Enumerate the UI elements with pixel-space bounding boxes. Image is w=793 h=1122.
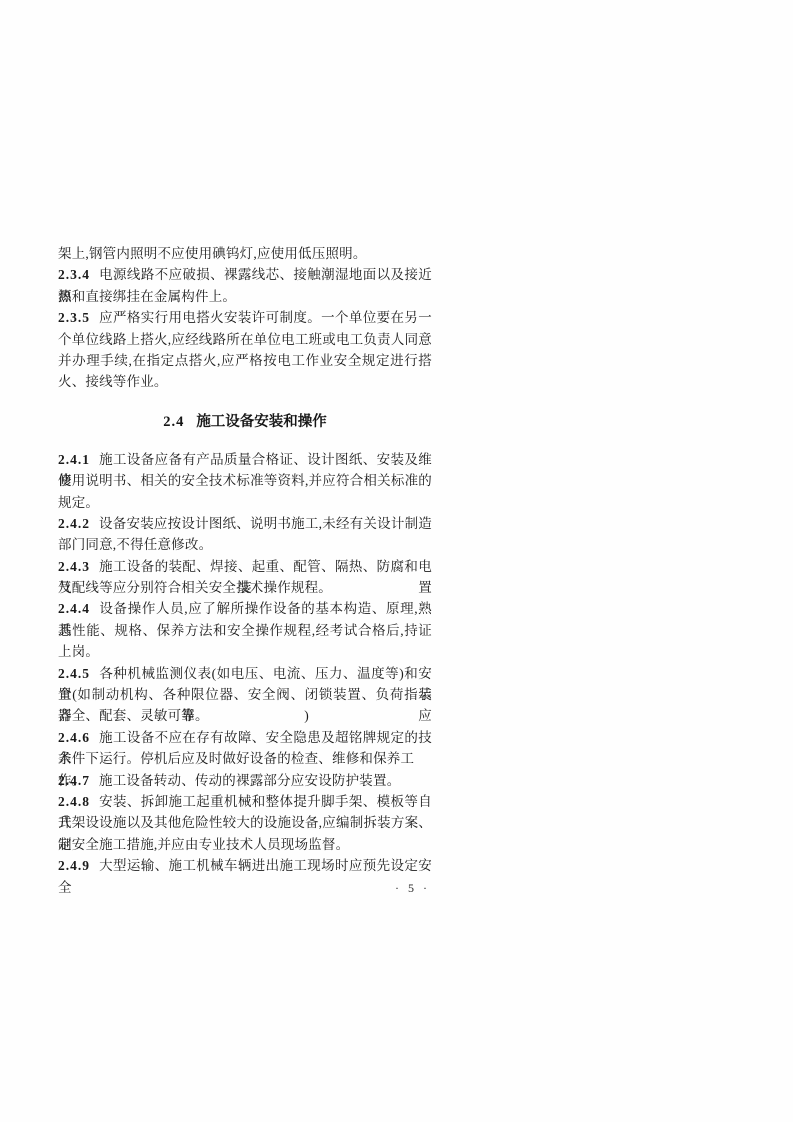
- line-text: 其性能、规格、保养方法和安全操作规程,经考试合格后,持证: [58, 623, 432, 638]
- clause-number: 2.4.4: [58, 601, 90, 616]
- clause-number: 2.4.8: [58, 794, 90, 809]
- text-line: 2.4.9大型运输、施工机械车辆进出施工现场时应预先设定安全: [58, 855, 432, 876]
- text-line: 部门同意,不得任意修改。: [58, 534, 432, 555]
- text-line: 火、接线等作业。: [58, 371, 432, 392]
- section-heading: 2.4施工设备安装和操作: [58, 411, 432, 433]
- text-line: 使用说明书、相关的安全技术标准等资料,并应符合相关标准的: [58, 470, 432, 491]
- text-line: 2.4.3施工设备的装配、焊接、起重、配管、隔热、防腐和电气装置: [58, 556, 432, 577]
- text-line: 2.4.7施工设备转动、传动的裸露部分应安设防护装置。: [58, 770, 432, 791]
- text-line: 2.3.4电源线路不应破损、裸露线芯、接触潮湿地面以及接近热: [58, 264, 432, 285]
- text-line: 规定。: [58, 492, 432, 513]
- text-line: 条件下运行。停机后应及时做好设备的检查、维修和保养工作。: [58, 748, 432, 769]
- clause-number: 2.4.3: [58, 559, 90, 574]
- clause-number: 2.3.5: [58, 310, 90, 325]
- line-text: 架上,钢管内照明不应使用碘钨灯,应使用低压照明。: [58, 246, 367, 261]
- text-line: 2.4.1施工设备应备有产品质量合格证、设计图纸、安装及维修: [58, 449, 432, 470]
- page-number: · 5 ·: [58, 881, 432, 896]
- section-number: 2.4: [163, 414, 184, 430]
- line-text: 应严格实行用电搭火安装许可制度。一个单位要在另一: [99, 310, 432, 325]
- text-line: 源和直接绑挂在金属构件上。: [58, 286, 432, 307]
- line-text: 源和直接绑挂在金属构件上。: [58, 289, 236, 304]
- line-text: 并办理手续,在指定点搭火,应严格按电工作业安全规定进行搭: [58, 353, 432, 368]
- text-line: 2.4.2设备安装应按设计图纸、说明书施工,未经有关设计制造: [58, 513, 432, 534]
- clause-number: 2.4.1: [58, 452, 90, 467]
- text-line: 个单位线路上搭火,应经线路所在单位电工班或电工负责人同意: [58, 329, 432, 350]
- text-line: 定安全施工措施,并应由专业技术人员现场监督。: [58, 834, 432, 855]
- section-title: 施工设备安装和操作: [196, 414, 327, 430]
- line-text: 部门同意,不得任意修改。: [58, 537, 212, 552]
- line-text: 及配线等应分别符合相关安全技术操作规程。: [58, 580, 332, 595]
- line-text: 上岗。: [58, 644, 99, 659]
- text-line: 2.4.5各种机械监测仪表(如电压、电流、压力、温度等)和安全装: [58, 663, 432, 684]
- clause-number: 2.4.9: [58, 858, 90, 873]
- clause-number: 2.4.7: [58, 773, 90, 788]
- text-line: 2.4.6施工设备不应在存有故障、安全隐患及超铭牌规定的技术: [58, 727, 432, 748]
- text-line: 式架设设施以及其他危险性较大的设施设备,应编制拆装方案、制: [58, 812, 432, 833]
- line-text: 个单位线路上搭火,应经线路所在单位电工班或电工负责人同意: [58, 332, 432, 347]
- text-line: 上岗。: [58, 641, 432, 662]
- text-line: 其性能、规格、保养方法和安全操作规程,经考试合格后,持证: [58, 620, 432, 641]
- text-line: 架上,钢管内照明不应使用碘钨灯,应使用低压照明。: [58, 243, 432, 264]
- document-page: 架上,钢管内照明不应使用碘钨灯,应使用低压照明。2.3.4电源线路不应破损、裸露…: [0, 0, 793, 1122]
- text-line: 置(如制动机构、各种限位器、安全阀、闭锁装置、负荷指示器等)应: [58, 684, 432, 705]
- line-text: 齐全、配套、灵敏可靠。: [58, 708, 209, 723]
- text-line: 2.4.8安装、拆卸施工起重机械和整体提升脚手架、模板等自升: [58, 791, 432, 812]
- text-column: 架上,钢管内照明不应使用碘钨灯,应使用低压照明。2.3.4电源线路不应破损、裸露…: [58, 243, 432, 896]
- text-line: 并办理手续,在指定点搭火,应严格按电工作业安全规定进行搭: [58, 350, 432, 371]
- line-text: 施工设备转动、传动的裸露部分应安设防护装置。: [99, 773, 400, 788]
- clause-number: 2.4.5: [58, 666, 90, 681]
- clause-number: 2.4.2: [58, 516, 90, 531]
- text-line: 2.4.4设备操作人员,应了解所操作设备的基本构造、原理,熟悉: [58, 598, 432, 619]
- text-line: 2.3.5应严格实行用电搭火安装许可制度。一个单位要在另一: [58, 307, 432, 328]
- clause-number: 2.4.6: [58, 730, 90, 745]
- clause-number: 2.3.4: [58, 267, 90, 282]
- line-text: 火、接线等作业。: [58, 374, 168, 389]
- line-text: 使用说明书、相关的安全技术标准等资料,并应符合相关标准的: [58, 473, 432, 488]
- line-text: 定安全施工措施,并应由专业技术人员现场监督。: [58, 837, 349, 852]
- line-text: 设备安装应按设计图纸、说明书施工,未经有关设计制造: [99, 516, 432, 531]
- line-text: 规定。: [58, 495, 99, 510]
